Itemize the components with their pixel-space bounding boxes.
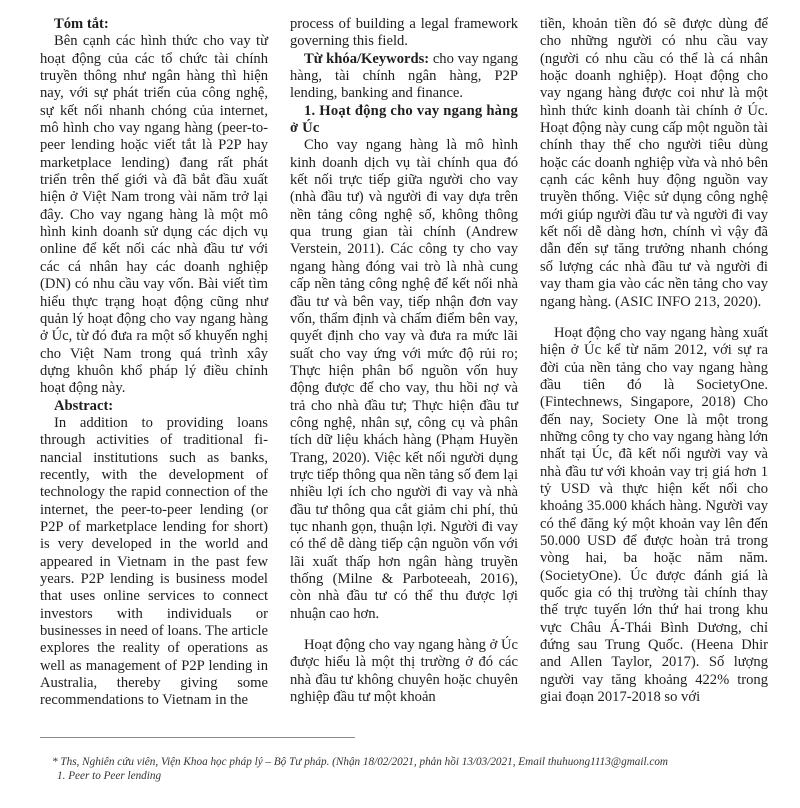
column-3: tiền, khoản tiền đó sẽ được dùng để cho … xyxy=(540,16,768,706)
section-1-paragraph-1: Cho vay ngang hàng là mô hình kinh doanh… xyxy=(290,137,518,623)
keywords: Từ khóa/Keywords: cho vay ngang hàng, tà… xyxy=(290,51,518,103)
column-2: process of building a legal frame­work g… xyxy=(290,16,518,706)
section-1-heading: 1. Hoạt động cho vay ngang hàng ở Úc xyxy=(290,103,518,138)
abstract-en-heading: Abstract: xyxy=(40,398,268,415)
abstract-vi-heading: Tóm tắt: xyxy=(40,16,268,33)
section-1-paragraph-2-continued: tiền, khoản tiền đó sẽ được dùng để cho … xyxy=(540,16,768,311)
abstract-en-text-continued: process of building a legal frame­work g… xyxy=(290,16,518,51)
column-1: Tóm tắt: Bên cạnh các hình thức cho vay … xyxy=(40,16,268,710)
keywords-label: Từ khóa/Keywords: xyxy=(304,51,429,67)
abstract-en-text: In addition to providing loans through a… xyxy=(40,415,268,710)
footnote-divider xyxy=(40,737,355,738)
section-1-paragraph-2: Hoạt động cho vay ngang hàng ở Úc được h… xyxy=(290,637,518,706)
footnote-1: 1. Peer to Peer lending xyxy=(52,769,668,783)
footnotes: * Ths, Nghiên cứu viên, Viện Khoa học ph… xyxy=(52,755,668,783)
abstract-vi-text: Bên cạnh các hình thức cho vay từ hoạt đ… xyxy=(40,33,268,397)
footnote-author: * Ths, Nghiên cứu viên, Viện Khoa học ph… xyxy=(52,755,668,769)
section-1-paragraph-3: Hoạt động cho vay ngang hàng xuất hiện ở… xyxy=(540,325,768,707)
